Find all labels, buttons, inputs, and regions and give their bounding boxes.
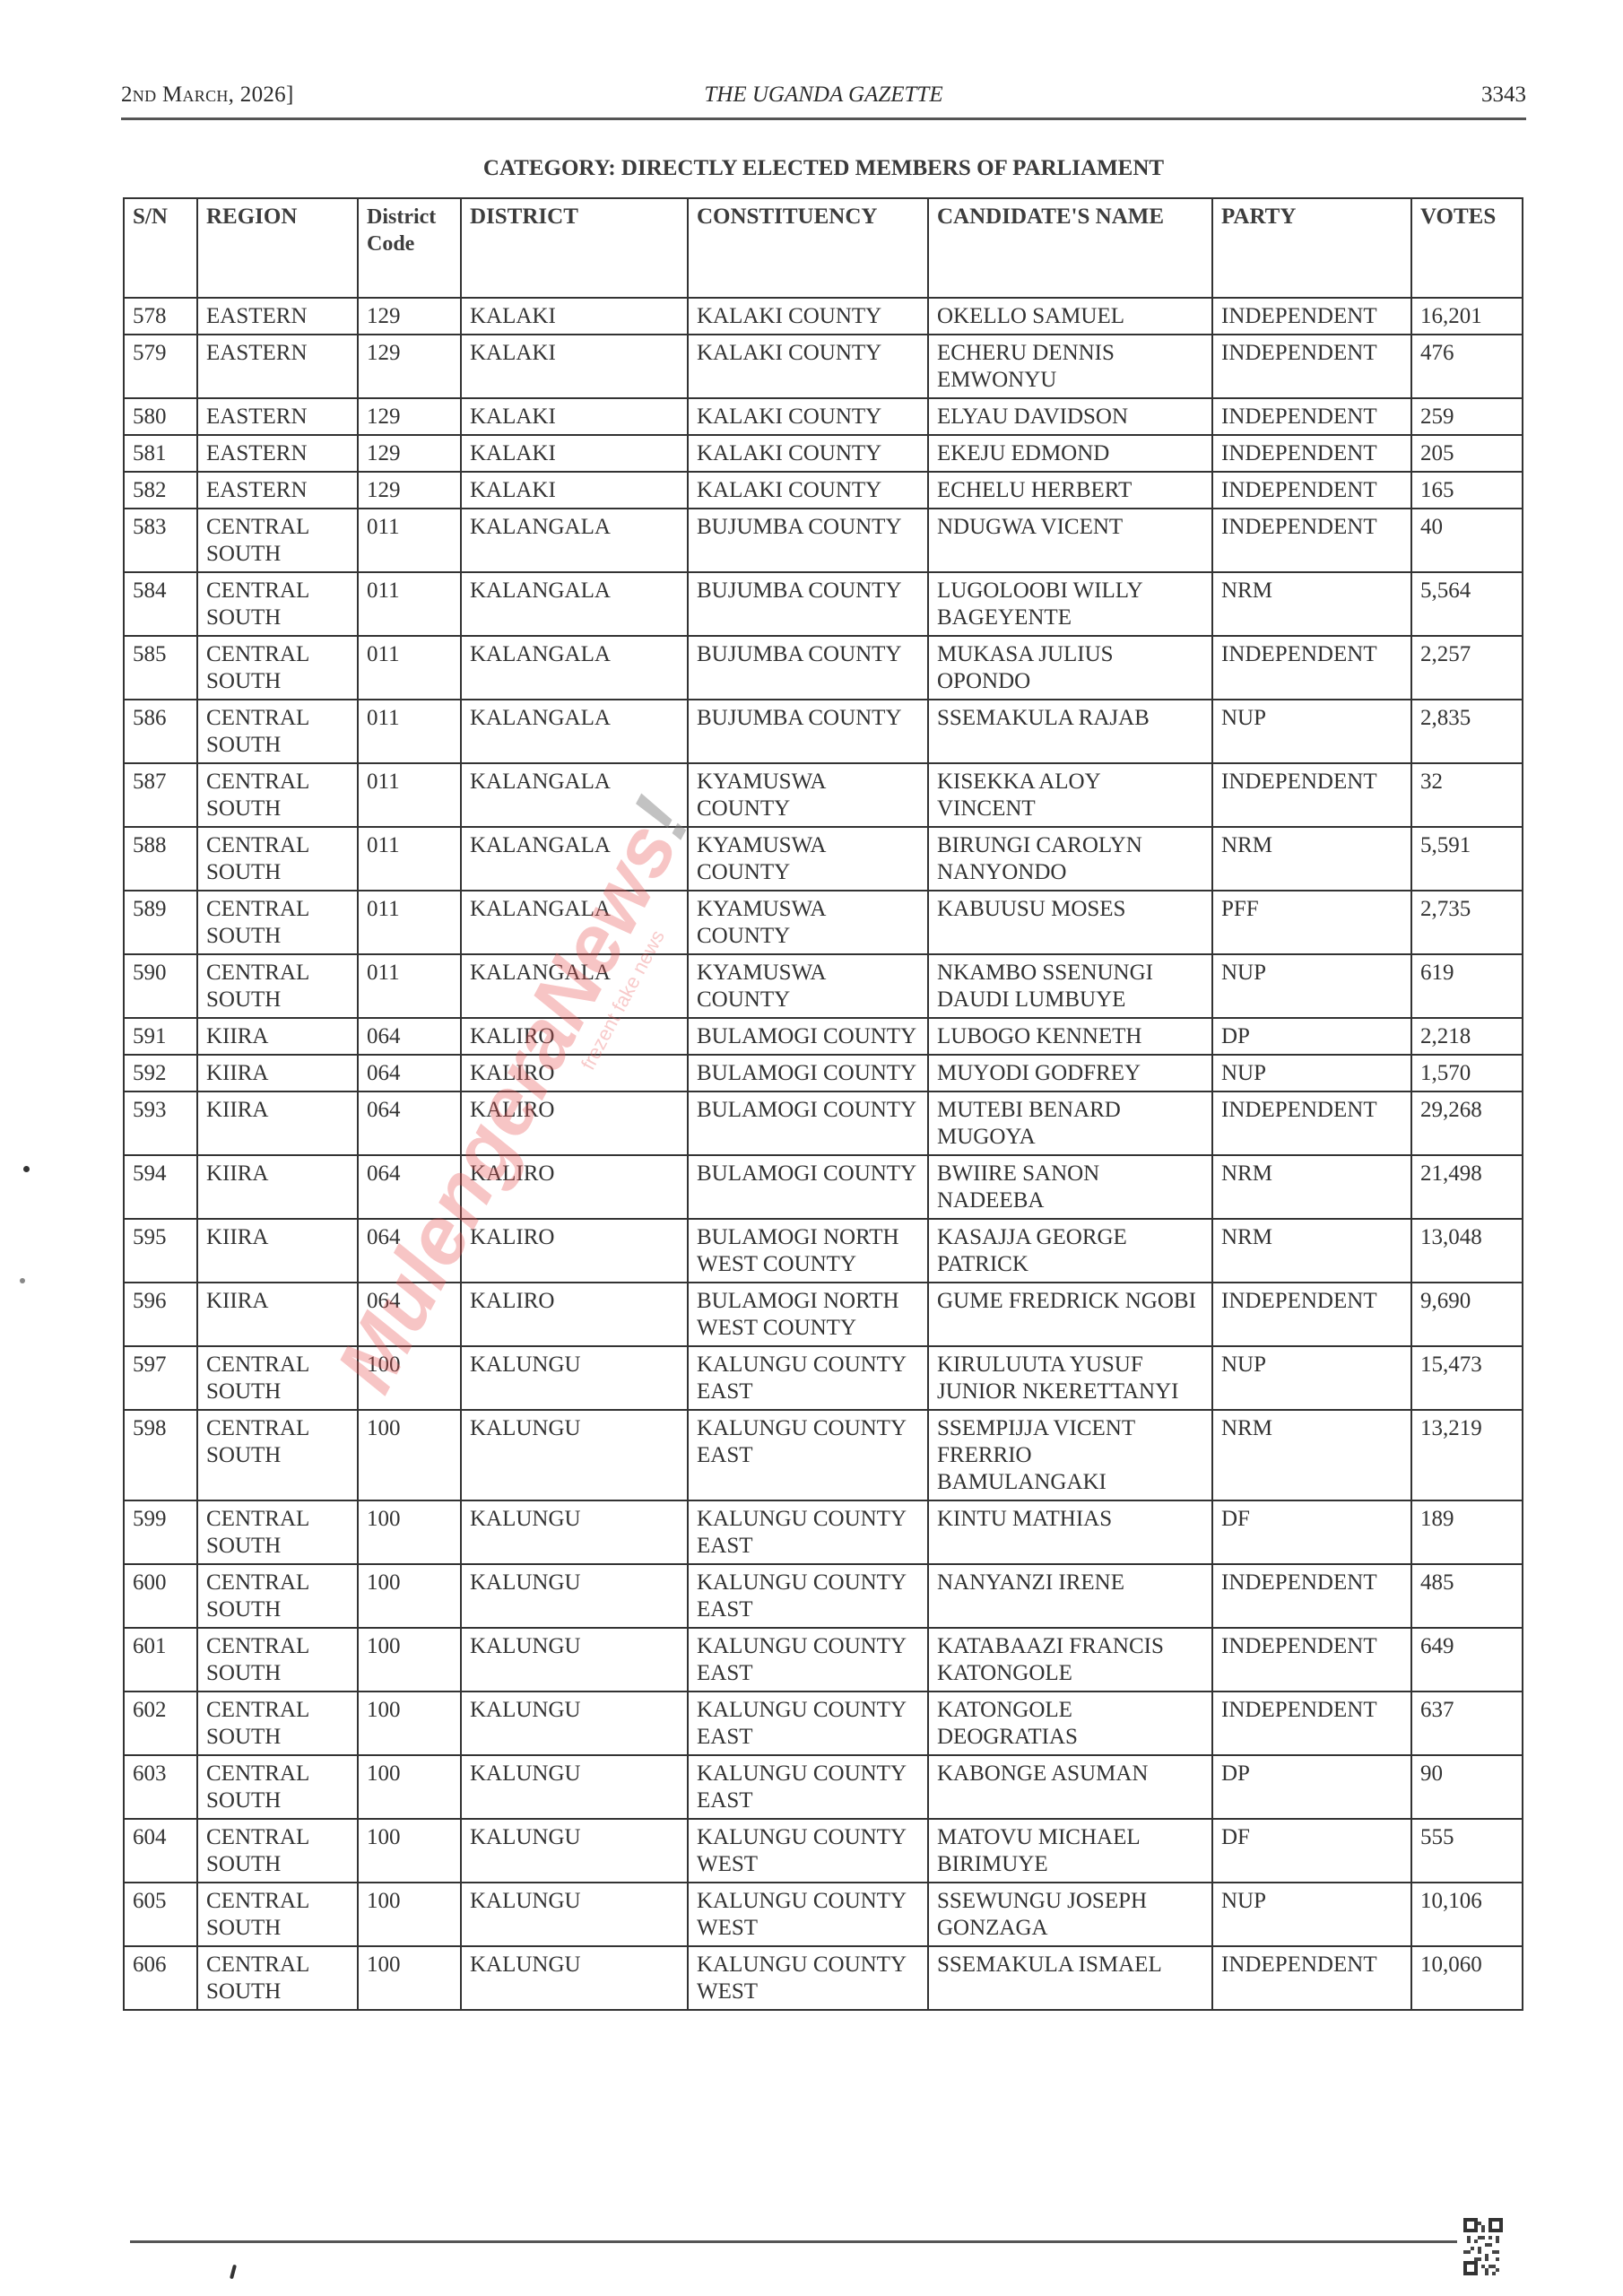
cell-constituency: KALAKI COUNTY [688,335,928,398]
cell-district-code: 011 [358,891,461,954]
cell-party: INDEPENDENT [1212,1564,1411,1628]
cell-party: DF [1212,1819,1411,1883]
qr-code-icon [1463,2217,1503,2276]
cell-candidate-name: MATOVU MICHAEL BIRIMUYE [928,1819,1212,1883]
cell-party: NRM [1212,1219,1411,1283]
cell-votes: 40 [1411,509,1523,572]
table-body: 578EASTERN129KALAKIKALAKI COUNTYOKELLO S… [124,298,1523,2010]
cell-candidate-name: ECHELU HERBERT [928,472,1212,509]
cell-party: INDEPENDENT [1212,298,1411,335]
cell-sn: 588 [124,827,197,891]
cell-votes: 1,570 [1411,1055,1523,1091]
cell-district-code: 100 [358,1755,461,1819]
cell-sn: 600 [124,1564,197,1628]
cell-votes: 5,591 [1411,827,1523,891]
cell-sn: 595 [124,1219,197,1283]
cell-party: DP [1212,1755,1411,1819]
cell-party: NRM [1212,827,1411,891]
cell-party: NUP [1212,1346,1411,1410]
cell-sn: 579 [124,335,197,398]
cell-constituency: KALUNGU COUNTY WEST [688,1946,928,2010]
cell-candidate-name: MUKASA JULIUS OPONDO [928,636,1212,700]
cell-party: NRM [1212,572,1411,636]
cell-region: EASTERN [197,398,358,435]
cell-district: KALIRO [461,1155,688,1219]
cell-votes: 205 [1411,435,1523,472]
cell-constituency: BULAMOGI NORTH WEST COUNTY [688,1219,928,1283]
cell-district-code: 129 [358,335,461,398]
table-row: 589CENTRAL SOUTH011KALANGALAKYAMUSWA COU… [124,891,1523,954]
cell-sn: 606 [124,1946,197,2010]
cell-sn: 599 [124,1500,197,1564]
cell-district: KALUNGU [461,1500,688,1564]
cell-party: INDEPENDENT [1212,1692,1411,1755]
cell-constituency: BULAMOGI COUNTY [688,1055,928,1091]
column-header-party: PARTY [1212,198,1411,298]
cell-region: CENTRAL SOUTH [197,891,358,954]
cell-district: KALANGALA [461,891,688,954]
cell-party: DP [1212,1018,1411,1055]
running-head: 2nd March, 2026] THE UGANDA GAZETTE 3343 [121,83,1526,115]
table-row: 584CENTRAL SOUTH011KALANGALABUJUMBA COUN… [124,572,1523,636]
cell-candidate-name: SSEWUNGU JOSEPH GONZAGA [928,1883,1212,1946]
cell-constituency: KALUNGU COUNTY EAST [688,1692,928,1755]
table-row: 583CENTRAL SOUTH011KALANGALABUJUMBA COUN… [124,509,1523,572]
cell-candidate-name: KATONGOLE DEOGRATIAS [928,1692,1212,1755]
cell-party: INDEPENDENT [1212,335,1411,398]
cell-candidate-name: EKEJU EDMOND [928,435,1212,472]
cell-candidate-name: OKELLO SAMUEL [928,298,1212,335]
cell-region: KIIRA [197,1091,358,1155]
table-row: 588CENTRAL SOUTH011KALANGALAKYAMUSWA COU… [124,827,1523,891]
table-row: 594KIIRA064KALIROBULAMOGI COUNTYBWIIRE S… [124,1155,1523,1219]
cell-region: CENTRAL SOUTH [197,1946,358,2010]
table-row: 595KIIRA064KALIROBULAMOGI NORTH WEST COU… [124,1219,1523,1283]
cell-votes: 90 [1411,1755,1523,1819]
cell-sn: 585 [124,636,197,700]
cell-votes: 2,257 [1411,636,1523,700]
cell-votes: 189 [1411,1500,1523,1564]
table-row: 606CENTRAL SOUTH100KALUNGUKALUNGU COUNTY… [124,1946,1523,2010]
cell-district: KALIRO [461,1055,688,1091]
cell-constituency: KYAMUSWA COUNTY [688,763,928,827]
cell-candidate-name: KABUUSU MOSES [928,891,1212,954]
cell-district-code: 100 [358,1628,461,1692]
cell-constituency: KALAKI COUNTY [688,435,928,472]
cell-region: CENTRAL SOUTH [197,954,358,1018]
cell-constituency: BULAMOGI COUNTY [688,1018,928,1055]
cell-candidate-name: NDUGWA VICENT [928,509,1212,572]
table-row: 581EASTERN129KALAKIKALAKI COUNTYEKEJU ED… [124,435,1523,472]
cell-candidate-name: ECHERU DENNIS EMWONYU [928,335,1212,398]
cell-district: KALANGALA [461,763,688,827]
cell-candidate-name: SSEMAKULA RAJAB [928,700,1212,763]
cell-district-code: 100 [358,1819,461,1883]
cell-sn: 592 [124,1055,197,1091]
cell-sn: 591 [124,1018,197,1055]
cell-party: PFF [1212,891,1411,954]
cell-district-code: 011 [358,700,461,763]
footer-rule [130,2240,1457,2243]
cell-region: EASTERN [197,435,358,472]
cell-region: CENTRAL SOUTH [197,1819,358,1883]
table-row: 598CENTRAL SOUTH100KALUNGUKALUNGU COUNTY… [124,1410,1523,1500]
table-header-row: S/N REGION District Code DISTRICT CONSTI… [124,198,1523,298]
cell-votes: 2,835 [1411,700,1523,763]
cell-sn: 586 [124,700,197,763]
cell-sn: 584 [124,572,197,636]
cell-constituency: KALUNGU COUNTY EAST [688,1410,928,1500]
table-row: 579EASTERN129KALAKIKALAKI COUNTYECHERU D… [124,335,1523,398]
cell-party: INDEPENDENT [1212,472,1411,509]
cell-district-code: 064 [358,1219,461,1283]
table-row: 586CENTRAL SOUTH011KALANGALABUJUMBA COUN… [124,700,1523,763]
cell-district-code: 011 [358,636,461,700]
cell-district: KALUNGU [461,1564,688,1628]
cell-constituency: KALUNGU COUNTY EAST [688,1500,928,1564]
cell-candidate-name: NKAMBO SSENUNGI DAUDI LUMBUYE [928,954,1212,1018]
table-row: 605CENTRAL SOUTH100KALUNGUKALUNGU COUNTY… [124,1883,1523,1946]
cell-constituency: BUJUMBA COUNTY [688,509,928,572]
cell-votes: 476 [1411,335,1523,398]
cell-district: KALIRO [461,1219,688,1283]
cell-sn: 605 [124,1883,197,1946]
cell-constituency: KYAMUSWA COUNTY [688,827,928,891]
scan-artifact [20,1278,25,1283]
table-row: 590CENTRAL SOUTH011KALANGALAKYAMUSWA COU… [124,954,1523,1018]
cell-sn: 593 [124,1091,197,1155]
cell-region: CENTRAL SOUTH [197,1410,358,1500]
cell-sn: 598 [124,1410,197,1500]
cell-region: CENTRAL SOUTH [197,636,358,700]
header-rule [121,117,1526,120]
table-row: 585CENTRAL SOUTH011KALANGALABUJUMBA COUN… [124,636,1523,700]
cell-region: KIIRA [197,1155,358,1219]
cell-sn: 590 [124,954,197,1018]
cell-district: KALUNGU [461,1346,688,1410]
cell-district-code: 064 [358,1155,461,1219]
cell-district-code: 064 [358,1018,461,1055]
column-header-region: REGION [197,198,358,298]
cell-district: KALUNGU [461,1410,688,1500]
cell-constituency: KALUNGU COUNTY EAST [688,1755,928,1819]
cell-votes: 15,473 [1411,1346,1523,1410]
cell-candidate-name: MUTEBI BENARD MUGOYA [928,1091,1212,1155]
cell-region: CENTRAL SOUTH [197,827,358,891]
cell-constituency: BUJUMBA COUNTY [688,636,928,700]
cell-party: NUP [1212,1883,1411,1946]
cell-sn: 581 [124,435,197,472]
cell-district-code: 100 [358,1410,461,1500]
table-row: 604CENTRAL SOUTH100KALUNGUKALUNGU COUNTY… [124,1819,1523,1883]
cell-constituency: KALAKI COUNTY [688,472,928,509]
table-row: 592KIIRA064KALIROBULAMOGI COUNTYMUYODI G… [124,1055,1523,1091]
cell-party: INDEPENDENT [1212,763,1411,827]
cell-district-code: 011 [358,763,461,827]
cell-candidate-name: GUME FREDRICK NGOBI [928,1283,1212,1346]
cell-sn: 603 [124,1755,197,1819]
cell-district: KALIRO [461,1018,688,1055]
cell-region: CENTRAL SOUTH [197,700,358,763]
column-header-constituency: CONSTITUENCY [688,198,928,298]
table-row: 603CENTRAL SOUTH100KALUNGUKALUNGU COUNTY… [124,1755,1523,1819]
cell-party: INDEPENDENT [1212,509,1411,572]
cell-sn: 601 [124,1628,197,1692]
cell-sn: 583 [124,509,197,572]
cell-candidate-name: LUBOGO KENNETH [928,1018,1212,1055]
cell-party: INDEPENDENT [1212,636,1411,700]
cell-votes: 10,106 [1411,1883,1523,1946]
cell-constituency: BULAMOGI COUNTY [688,1155,928,1219]
column-header-votes: VOTES [1411,198,1523,298]
cell-party: INDEPENDENT [1212,1946,1411,2010]
cell-votes: 485 [1411,1564,1523,1628]
cell-region: CENTRAL SOUTH [197,763,358,827]
cell-votes: 619 [1411,954,1523,1018]
cell-region: CENTRAL SOUTH [197,509,358,572]
cell-district: KALANGALA [461,700,688,763]
cell-votes: 29,268 [1411,1091,1523,1155]
cell-sn: 578 [124,298,197,335]
cell-party: NRM [1212,1410,1411,1500]
cell-region: CENTRAL SOUTH [197,1628,358,1692]
cell-sn: 582 [124,472,197,509]
cell-district: KALUNGU [461,1819,688,1883]
cell-district-code: 129 [358,435,461,472]
cell-votes: 165 [1411,472,1523,509]
cell-district-code: 129 [358,298,461,335]
cell-party: INDEPENDENT [1212,1091,1411,1155]
table-row: 580EASTERN129KALAKIKALAKI COUNTYELYAU DA… [124,398,1523,435]
cell-district: KALANGALA [461,509,688,572]
table-row: 596KIIRA064KALIROBULAMOGI NORTH WEST COU… [124,1283,1523,1346]
cell-votes: 9,690 [1411,1283,1523,1346]
cell-votes: 5,564 [1411,572,1523,636]
cell-district-code: 011 [358,509,461,572]
cell-district-code: 011 [358,572,461,636]
cell-votes: 637 [1411,1692,1523,1755]
cell-region: EASTERN [197,472,358,509]
cell-sn: 594 [124,1155,197,1219]
column-header-candidate-name: CANDIDATE'S NAME [928,198,1212,298]
column-header-district: DISTRICT [461,198,688,298]
cell-votes: 2,735 [1411,891,1523,954]
cell-district: KALUNGU [461,1628,688,1692]
cell-district: KALANGALA [461,572,688,636]
cell-district: KALAKI [461,335,688,398]
cell-votes: 13,219 [1411,1410,1523,1500]
cell-votes: 259 [1411,398,1523,435]
cell-party: INDEPENDENT [1212,435,1411,472]
cell-votes: 10,060 [1411,1946,1523,2010]
cell-party: INDEPENDENT [1212,398,1411,435]
page-number: 3343 [1481,83,1526,108]
cell-votes: 16,201 [1411,298,1523,335]
cell-district-code: 100 [358,1500,461,1564]
cell-district-code: 011 [358,827,461,891]
cell-votes: 21,498 [1411,1155,1523,1219]
table-row: 597CENTRAL SOUTH100KALUNGUKALUNGU COUNTY… [124,1346,1523,1410]
cell-district-code: 129 [358,398,461,435]
cell-party: NRM [1212,1155,1411,1219]
cell-region: CENTRAL SOUTH [197,1564,358,1628]
cell-constituency: KALUNGU COUNTY EAST [688,1564,928,1628]
cell-district: KALIRO [461,1283,688,1346]
table-row: 587CENTRAL SOUTH011KALANGALAKYAMUSWA COU… [124,763,1523,827]
cell-sn: 604 [124,1819,197,1883]
cell-district: KALAKI [461,398,688,435]
cell-district: KALAKI [461,472,688,509]
table-row: 591KIIRA064KALIROBULAMOGI COUNTYLUBOGO K… [124,1018,1523,1055]
cell-district-code: 100 [358,1883,461,1946]
cell-district: KALAKI [461,298,688,335]
cell-district-code: 064 [358,1055,461,1091]
cell-district: KALUNGU [461,1692,688,1755]
cell-candidate-name: KABONGE ASUMAN [928,1755,1212,1819]
cell-party: NUP [1212,700,1411,763]
cell-district: KALANGALA [461,636,688,700]
cell-region: CENTRAL SOUTH [197,1346,358,1410]
cell-region: CENTRAL SOUTH [197,1500,358,1564]
cell-votes: 649 [1411,1628,1523,1692]
cell-constituency: KALUNGU COUNTY EAST [688,1628,928,1692]
cell-candidate-name: KASAJJA GEORGE PATRICK [928,1219,1212,1283]
table-row: 602CENTRAL SOUTH100KALUNGUKALUNGU COUNTY… [124,1692,1523,1755]
cell-candidate-name: SSEMPIJJA VICENT FRERRIO BAMULANGAKI [928,1410,1212,1500]
cell-candidate-name: LUGOLOOBI WILLY BAGEYENTE [928,572,1212,636]
cell-district-code: 100 [358,1346,461,1410]
cell-candidate-name: KINTU MATHIAS [928,1500,1212,1564]
category-title: CATEGORY: DIRECTLY ELECTED MEMBERS OF PA… [121,156,1526,181]
cell-votes: 32 [1411,763,1523,827]
cell-district: KALUNGU [461,1883,688,1946]
cell-district-code: 064 [358,1091,461,1155]
cell-votes: 555 [1411,1819,1523,1883]
column-header-sn: S/N [124,198,197,298]
cell-constituency: BUJUMBA COUNTY [688,700,928,763]
cell-sn: 580 [124,398,197,435]
cell-district: KALANGALA [461,827,688,891]
cell-party: NUP [1212,954,1411,1018]
table-row: 578EASTERN129KALAKIKALAKI COUNTYOKELLO S… [124,298,1523,335]
cell-region: EASTERN [197,335,358,398]
cell-constituency: KALAKI COUNTY [688,298,928,335]
cell-constituency: BULAMOGI COUNTY [688,1091,928,1155]
cell-district-code: 100 [358,1946,461,2010]
cell-candidate-name: BIRUNGI CAROLYN NANYONDO [928,827,1212,891]
cell-district: KALAKI [461,435,688,472]
cell-candidate-name: KISEKKA ALOY VINCENT [928,763,1212,827]
cell-constituency: BULAMOGI NORTH WEST COUNTY [688,1283,928,1346]
cell-constituency: BUJUMBA COUNTY [688,572,928,636]
cell-district-code: 011 [358,954,461,1018]
cell-district-code: 129 [358,472,461,509]
cell-district: KALIRO [461,1091,688,1155]
cell-region: CENTRAL SOUTH [197,572,358,636]
scan-artifact [23,1166,30,1172]
table-row: 599CENTRAL SOUTH100KALUNGUKALUNGU COUNTY… [124,1500,1523,1564]
cell-constituency: KYAMUSWA COUNTY [688,891,928,954]
cell-candidate-name: MUYODI GODFREY [928,1055,1212,1091]
scan-artifact [230,2265,237,2279]
cell-candidate-name: KIRULUUTA YUSUF JUNIOR NKERETTANYI [928,1346,1212,1410]
cell-candidate-name: ELYAU DAVIDSON [928,398,1212,435]
cell-region: CENTRAL SOUTH [197,1755,358,1819]
cell-sn: 602 [124,1692,197,1755]
cell-constituency: KYAMUSWA COUNTY [688,954,928,1018]
column-header-district-code: District Code [358,198,461,298]
cell-region: CENTRAL SOUTH [197,1692,358,1755]
table-row: 582EASTERN129KALAKIKALAKI COUNTYECHELU H… [124,472,1523,509]
cell-region: KIIRA [197,1283,358,1346]
cell-sn: 589 [124,891,197,954]
cell-sn: 596 [124,1283,197,1346]
cell-constituency: KALUNGU COUNTY EAST [688,1346,928,1410]
cell-sn: 597 [124,1346,197,1410]
cell-candidate-name: SSEMAKULA ISMAEL [928,1946,1212,2010]
cell-district-code: 100 [358,1564,461,1628]
cell-district-code: 064 [358,1283,461,1346]
cell-votes: 13,048 [1411,1219,1523,1283]
cell-party: NUP [1212,1055,1411,1091]
table-row: 601CENTRAL SOUTH100KALUNGUKALUNGU COUNTY… [124,1628,1523,1692]
cell-constituency: KALAKI COUNTY [688,398,928,435]
table-row: 600CENTRAL SOUTH100KALUNGUKALUNGU COUNTY… [124,1564,1523,1628]
cell-constituency: KALUNGU COUNTY WEST [688,1819,928,1883]
cell-region: KIIRA [197,1018,358,1055]
cell-party: INDEPENDENT [1212,1628,1411,1692]
cell-party: INDEPENDENT [1212,1283,1411,1346]
cell-region: KIIRA [197,1219,358,1283]
cell-district: KALUNGU [461,1946,688,2010]
cell-candidate-name: BWIIRE SANON NADEEBA [928,1155,1212,1219]
results-table: S/N REGION District Code DISTRICT CONSTI… [123,197,1523,2011]
cell-sn: 587 [124,763,197,827]
cell-region: CENTRAL SOUTH [197,1883,358,1946]
cell-district-code: 100 [358,1692,461,1755]
cell-district: KALANGALA [461,954,688,1018]
publication-title: THE UGANDA GAZETTE [121,83,1526,108]
cell-party: DF [1212,1500,1411,1564]
cell-candidate-name: KATABAAZI FRANCIS KATONGOLE [928,1628,1212,1692]
cell-votes: 2,218 [1411,1018,1523,1055]
cell-constituency: KALUNGU COUNTY WEST [688,1883,928,1946]
cell-region: EASTERN [197,298,358,335]
table-row: 593KIIRA064KALIROBULAMOGI COUNTYMUTEBI B… [124,1091,1523,1155]
cell-region: KIIRA [197,1055,358,1091]
cell-district: KALUNGU [461,1755,688,1819]
cell-candidate-name: NANYANZI IRENE [928,1564,1212,1628]
